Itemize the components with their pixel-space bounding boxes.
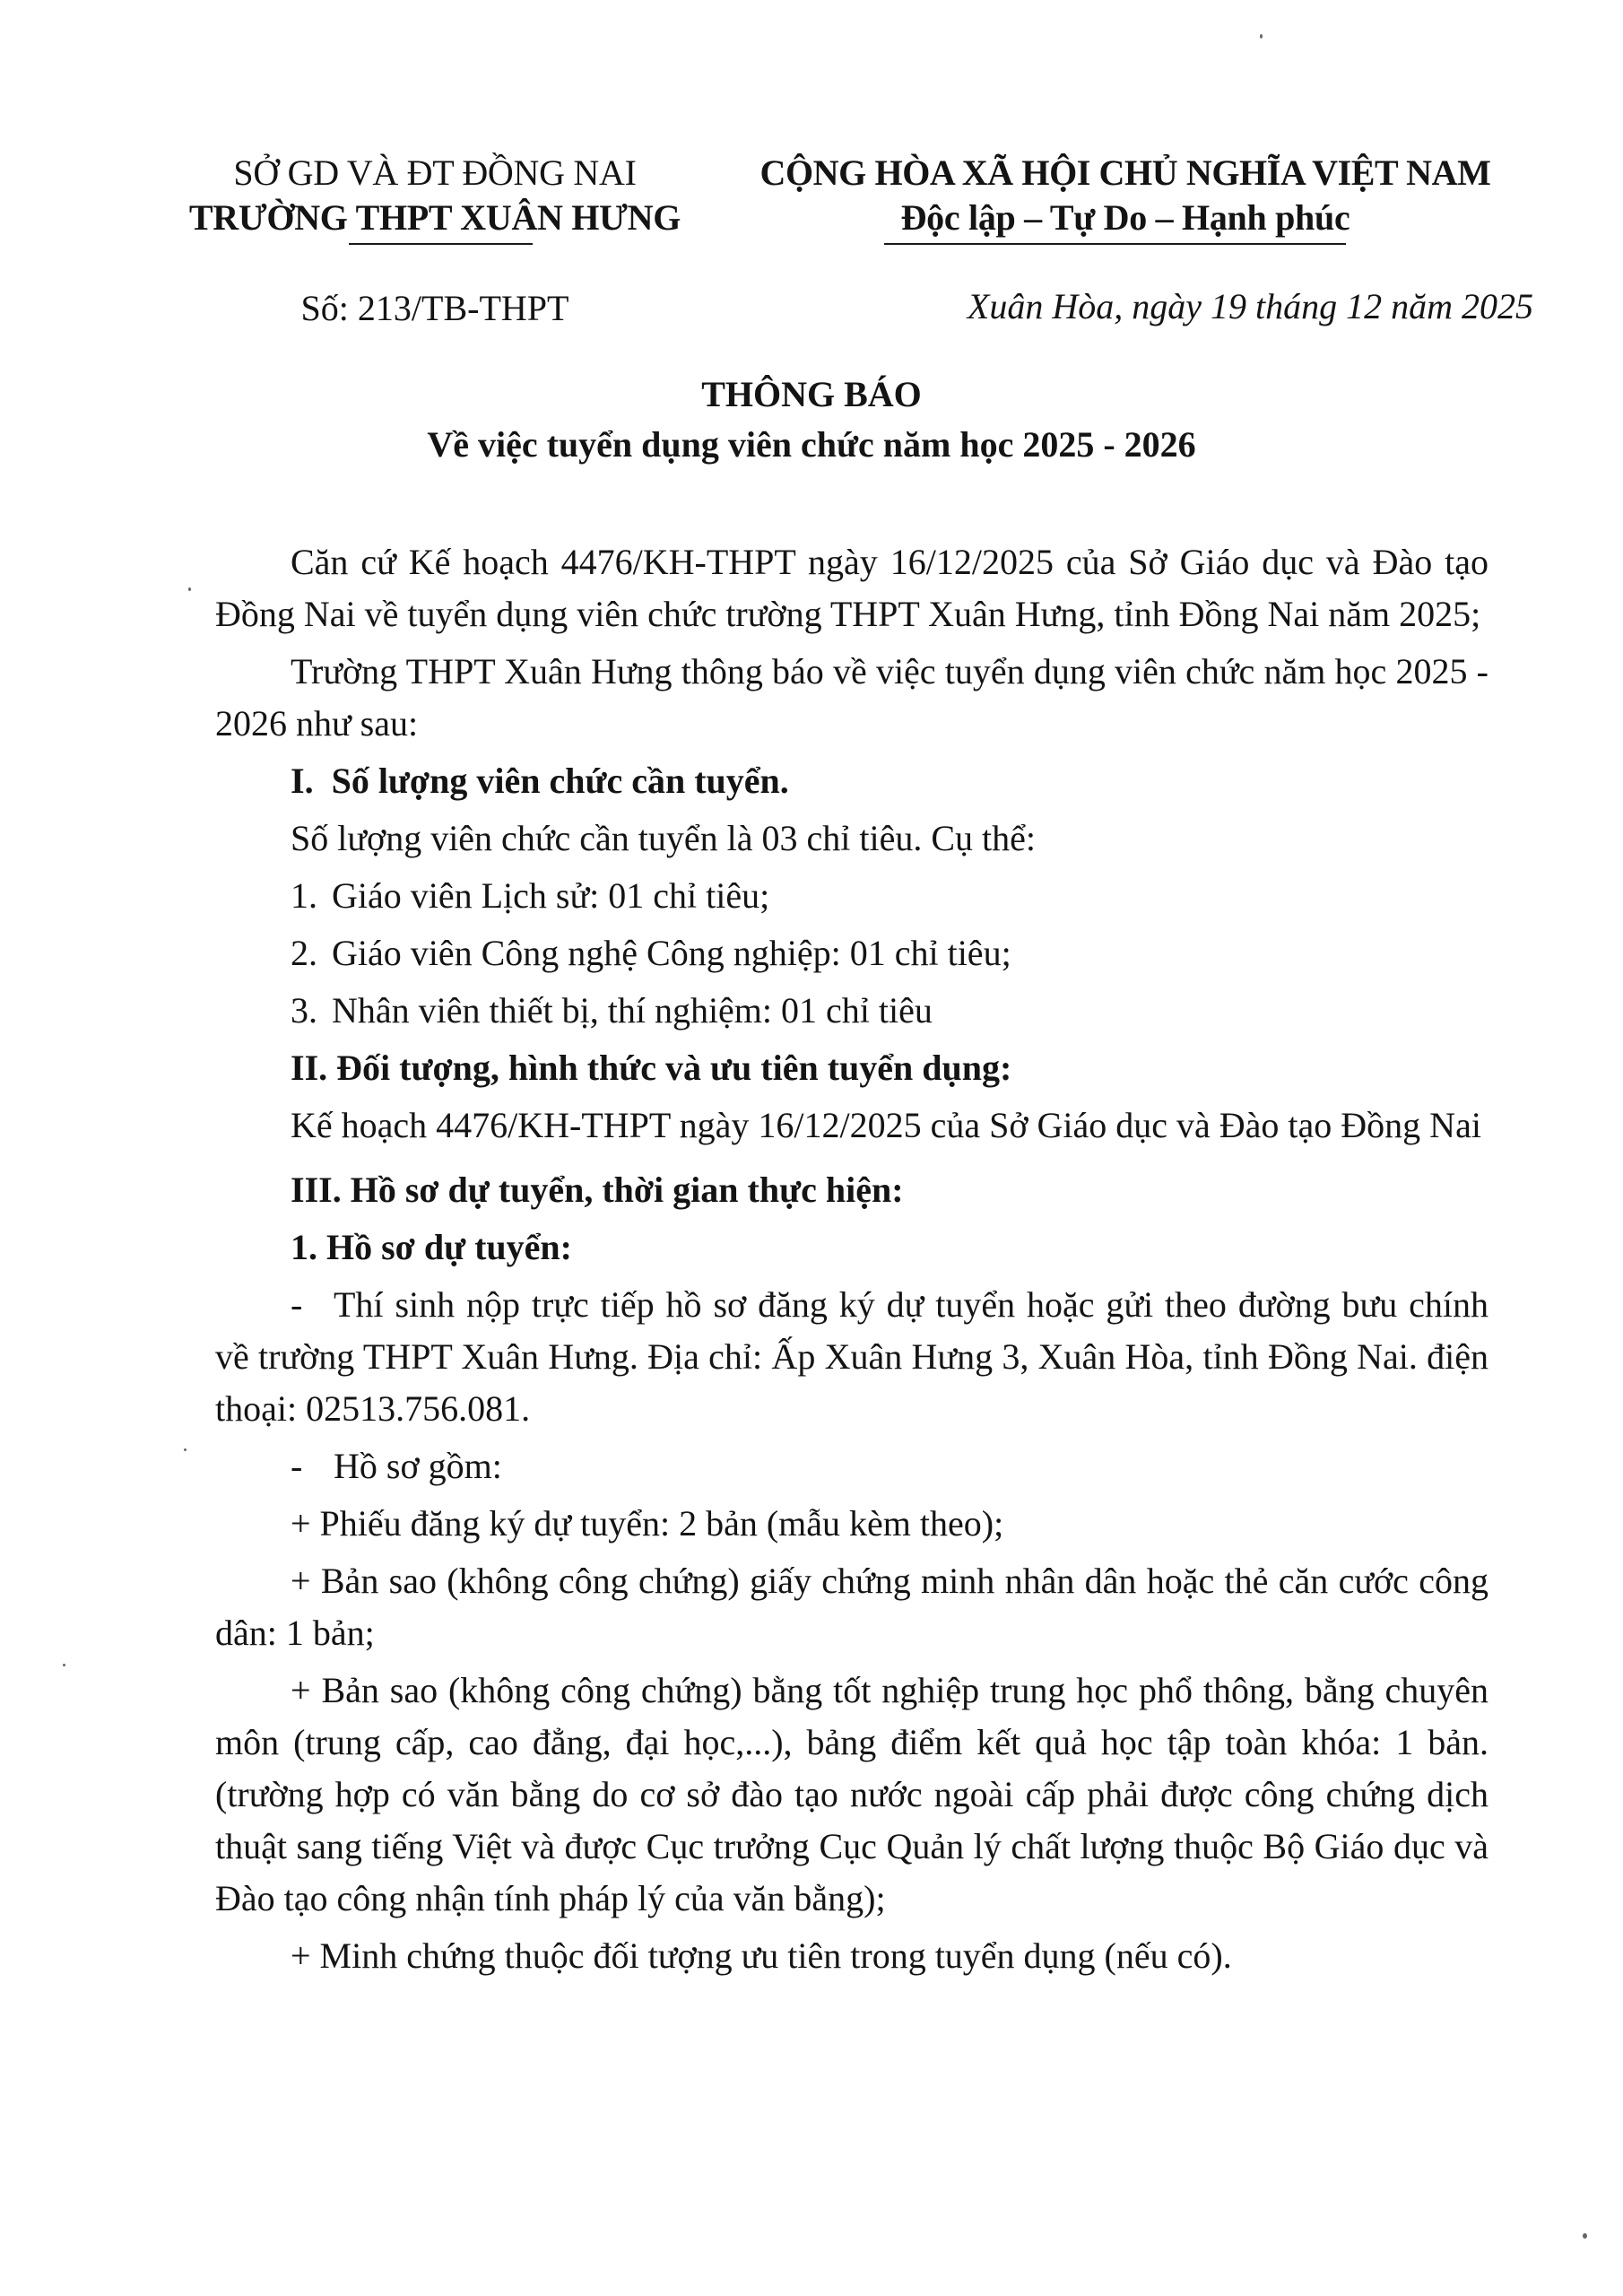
- agency-name: SỞ GD VÀ ĐT ĐỒNG NAI: [175, 151, 695, 196]
- dossier-intro: -Hồ sơ gồm:: [215, 1440, 1488, 1492]
- school-underline: [349, 243, 533, 245]
- position-text: Nhân viên thiết bị, thí nghiệm: 01 chỉ t…: [332, 990, 933, 1031]
- section-3-subheading: 1. Hồ sơ dự tuyển:: [215, 1222, 1488, 1274]
- document-body: Căn cứ Kế hoạch 4476/KH-THPT ngày 16/12/…: [215, 536, 1488, 1987]
- scan-speck: [1260, 34, 1263, 39]
- place-and-date: Xuân Hòa, ngày 19 tháng 12 năm 2025: [771, 284, 1533, 329]
- national-motto: Độc lập – Tự Do – Hạnh phúc: [744, 196, 1506, 240]
- section-3-heading: III. Hồ sơ dự tuyển, thời gian thực hiện…: [215, 1164, 1488, 1216]
- nation-title: CỘNG HÒA XÃ HỘI CHỦ NGHĨA VIỆT NAM: [744, 151, 1506, 196]
- scan-speck: [63, 1664, 65, 1666]
- position-number: 1.: [291, 870, 332, 922]
- motto-underline: [884, 243, 1346, 245]
- bullet-dash: -: [291, 1440, 334, 1492]
- dossier-item: + Bản sao (không công chứng) giấy chứng …: [215, 1555, 1488, 1659]
- position-number: 3.: [291, 985, 332, 1037]
- position-item: 1.Giáo viên Lịch sử: 01 chỉ tiêu;: [215, 870, 1488, 922]
- document-subject: Về việc tuyển dụng viên chức năm học 202…: [0, 422, 1623, 467]
- position-number: 2.: [291, 927, 332, 979]
- document-title-block: THÔNG BÁO Về việc tuyển dụng viên chức n…: [0, 372, 1623, 467]
- section-2-heading: II. Đối tượng, hình thức và ưu tiên tuyể…: [215, 1042, 1488, 1094]
- school-name: TRƯỜNG THPT XUÂN HƯNG: [175, 196, 695, 240]
- document-title: THÔNG BÁO: [0, 372, 1623, 417]
- position-item: 2.Giáo viên Công nghệ Công nghiệp: 01 ch…: [215, 927, 1488, 979]
- dossier-intro-text: Hồ sơ gồm:: [334, 1446, 502, 1486]
- basis-paragraph: Căn cứ Kế hoạch 4476/KH-THPT ngày 16/12/…: [215, 536, 1488, 640]
- bullet-dash: -: [291, 1279, 334, 1331]
- intro-paragraph: Trường THPT Xuân Hưng thông báo về việc …: [215, 646, 1488, 750]
- section-2-text: Kế hoạch 4476/KH-THPT ngày 16/12/2025 củ…: [215, 1100, 1488, 1152]
- document-page: SỞ GD VÀ ĐT ĐỒNG NAI TRƯỜNG THPT XUÂN HƯ…: [0, 0, 1623, 2296]
- scan-speck: [184, 1448, 187, 1451]
- submission-text: Thí sinh nộp trực tiếp hồ sơ đăng ký dự …: [215, 1284, 1488, 1429]
- position-item: 3.Nhân viên thiết bị, thí nghiệm: 01 chỉ…: [215, 985, 1488, 1037]
- dossier-item: + Minh chứng thuộc đối tượng ưu tiên tro…: [215, 1930, 1488, 1982]
- national-header-block: CỘNG HÒA XÃ HỘI CHỦ NGHĨA VIỆT NAM Độc l…: [744, 151, 1506, 329]
- scan-speck: [1583, 2233, 1587, 2239]
- dossier-item: + Bản sao (không công chứng) bằng tốt ng…: [215, 1665, 1488, 1925]
- section-1-summary: Số lượng viên chức cần tuyển là 03 chỉ t…: [215, 813, 1488, 865]
- position-text: Giáo viên Lịch sử: 01 chỉ tiêu;: [332, 875, 769, 916]
- section-1-heading: I. Số lượng viên chức cần tuyển.: [215, 755, 1488, 807]
- dossier-item: + Phiếu đăng ký dự tuyển: 2 bản (mẫu kèm…: [215, 1498, 1488, 1550]
- scan-speck: [188, 587, 191, 591]
- issuing-authority-block: SỞ GD VÀ ĐT ĐỒNG NAI TRƯỜNG THPT XUÂN HƯ…: [175, 151, 695, 331]
- submission-paragraph: -Thí sinh nộp trực tiếp hồ sơ đăng ký dự…: [215, 1279, 1488, 1435]
- document-number: Số: 213/TB-THPT: [175, 286, 695, 331]
- position-text: Giáo viên Công nghệ Công nghiệp: 01 chỉ …: [332, 933, 1011, 973]
